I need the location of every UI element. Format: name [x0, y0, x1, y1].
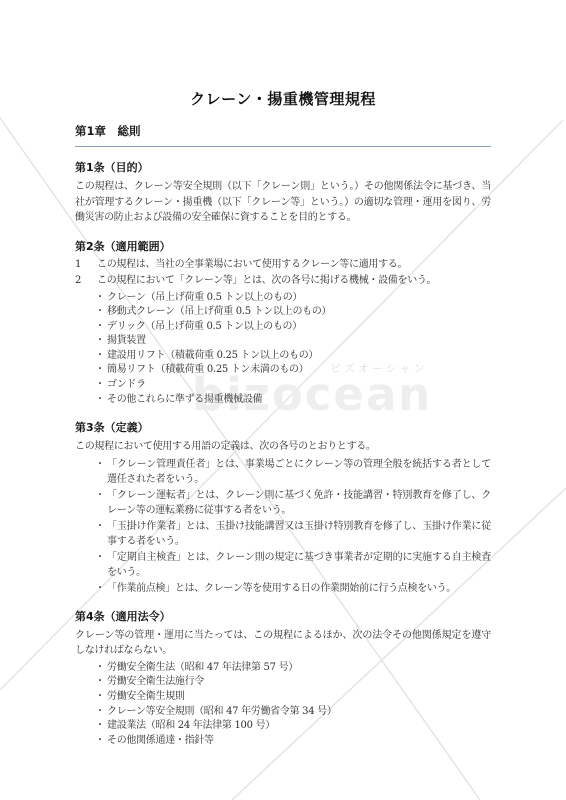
- list-item-text: その他関係通達・指針等: [107, 734, 491, 749]
- article-scope-heading: 第2条（適用範囲）: [75, 238, 491, 254]
- item-text: この規程は、当社の全事業場において使用するクレーン等に適用する。: [97, 257, 491, 273]
- item-number: 2: [75, 273, 97, 289]
- bullet-marker: ・: [95, 457, 107, 487]
- list-item-text: 建設用リフト（積載荷重 0.25 トン以上のもの）: [107, 349, 491, 364]
- article-laws-bullet-list: ・労働安全衛生法（昭和 47 年法律第 57 号） ・労働安全衛生法施行令 ・労…: [75, 661, 491, 749]
- list-item: ・移動式クレーン（吊上げ荷重 0.5 トン以上のもの）: [95, 305, 491, 320]
- list-item: ・クレーン等安全規則（昭和 47 年労働省令第 34 号）: [95, 705, 491, 720]
- list-item: ・デリック（吊上げ荷重 0.5 トン以上のもの）: [95, 320, 491, 335]
- list-item-text: デリック（吊上げ荷重 0.5 トン以上のもの）: [107, 320, 491, 335]
- list-item: ・「クレーン運転者」とは、クレーン則に基づく免許・技能講習・特別教育を修了し、ク…: [95, 488, 491, 518]
- item-text: この規程において「クレーン等」とは、次の各号に掲げる機械・設備をいう。: [97, 273, 491, 289]
- list-item-text: 移動式クレーン（吊上げ荷重 0.5 トン以上のもの）: [107, 305, 491, 320]
- list-item: ・「作業前点検」とは、クレーン等を使用する日の作業開始前に行う点検をいう。: [95, 581, 491, 596]
- list-item: ・建設用リフト（積載荷重 0.25 トン以上のもの）: [95, 349, 491, 364]
- page-title: クレーン・揚重機管理規程: [75, 88, 491, 109]
- bullet-marker: ・: [95, 734, 107, 749]
- bullet-marker: ・: [95, 690, 107, 705]
- list-item: ・簡易リフト（積載荷重 0.25 トン未満のもの）: [95, 363, 491, 378]
- document-content: クレーン・揚重機管理規程 第1章 総則 第1条（目的） この規程は、クレーン等安…: [75, 0, 491, 748]
- list-item-text: その他これらに準ずる揚重機械設備: [107, 393, 491, 408]
- list-item-text: 揚貨装置: [107, 334, 491, 349]
- list-item: ・その他これらに準ずる揚重機械設備: [95, 393, 491, 408]
- list-item: ・「玉掛け作業者」とは、玉掛け技能講習又は玉掛け特別教育を修了し、玉掛け作業に従…: [95, 519, 491, 549]
- list-item: ・「クレーン管理責任者」とは、事業場ごとにクレーン等の管理全般を統括する者として…: [95, 457, 491, 487]
- list-item-text: 「玉掛け作業者」とは、玉掛け技能講習又は玉掛け特別教育を修了し、玉掛け作業に従事…: [107, 519, 491, 549]
- article-purpose-body: この規程は、クレーン等安全規則（以下「クレーン則」という。）その他関係法令に基づ…: [75, 179, 491, 226]
- article-laws-intro: クレーン等の管理・運用に当たっては、この規程によるほか、次の法令その他関係規定を…: [75, 628, 491, 659]
- numbered-item: 1 この規程は、当社の全事業場において使用するクレーン等に適用する。: [75, 257, 491, 273]
- bullet-marker: ・: [95, 393, 107, 408]
- list-item-text: 建設業法（昭和 24 年法律第 100 号）: [107, 719, 491, 734]
- document-page: ビズオーシャン bizocean クレーン・揚重機管理規程 第1章 総則 第1条…: [0, 0, 566, 800]
- list-item: ・「定期自主検査」とは、クレーン則の規定に基づき事業者が定期的に実施する自主検査…: [95, 550, 491, 580]
- article-laws-heading: 第4条（適用法令）: [75, 608, 491, 624]
- list-item-text: 労働安全衛生法施行令: [107, 675, 491, 690]
- list-item: ・ゴンドラ: [95, 378, 491, 393]
- list-item: ・揚貨装置: [95, 334, 491, 349]
- article-scope-bullet-list: ・クレーン（吊上げ荷重 0.5 トン以上のもの） ・移動式クレーン（吊上げ荷重 …: [75, 291, 491, 408]
- list-item-text: クレーン（吊上げ荷重 0.5 トン以上のもの）: [107, 291, 491, 306]
- bullet-marker: ・: [95, 550, 107, 580]
- bullet-marker: ・: [95, 334, 107, 349]
- bullet-marker: ・: [95, 291, 107, 306]
- list-item-text: ゴンドラ: [107, 378, 491, 393]
- bullet-marker: ・: [95, 349, 107, 364]
- article-scope-numbered-list: 1 この規程は、当社の全事業場において使用するクレーン等に適用する。 2 この規…: [75, 257, 491, 289]
- article-definitions-bullet-list: ・「クレーン管理責任者」とは、事業場ごとにクレーン等の管理全般を統括する者として…: [75, 457, 491, 596]
- bullet-marker: ・: [95, 675, 107, 690]
- list-item-text: クレーン等安全規則（昭和 47 年労働省令第 34 号）: [107, 705, 491, 720]
- bullet-marker: ・: [95, 719, 107, 734]
- list-item-text: 「クレーン運転者」とは、クレーン則に基づく免許・技能講習・特別教育を修了し、クレ…: [107, 488, 491, 518]
- list-item: ・労働安全衛生法施行令: [95, 675, 491, 690]
- article-definitions-heading: 第3条（定義）: [75, 419, 491, 435]
- bullet-marker: ・: [95, 705, 107, 720]
- bullet-marker: ・: [95, 363, 107, 378]
- list-item-text: 「クレーン管理責任者」とは、事業場ごとにクレーン等の管理全般を統括する者として選…: [107, 457, 491, 487]
- article-purpose-heading: 第1条（目的）: [75, 159, 491, 175]
- article-definitions-intro: この規程において使用する用語の定義は、次の各号のとおりとする。: [75, 439, 491, 455]
- bullet-marker: ・: [95, 661, 107, 676]
- numbered-item: 2 この規程において「クレーン等」とは、次の各号に掲げる機械・設備をいう。: [75, 273, 491, 289]
- list-item-text: 労働安全衛生法（昭和 47 年法律第 57 号）: [107, 661, 491, 676]
- list-item: ・建設業法（昭和 24 年法律第 100 号）: [95, 719, 491, 734]
- bullet-marker: ・: [95, 320, 107, 335]
- list-item-text: 「作業前点検」とは、クレーン等を使用する日の作業開始前に行う点検をいう。: [107, 581, 491, 596]
- chapter-heading: 第1章 総則: [75, 123, 491, 147]
- list-item-text: 「定期自主検査」とは、クレーン則の規定に基づき事業者が定期的に実施する自主検査を…: [107, 550, 491, 580]
- item-number: 1: [75, 257, 97, 273]
- list-item-text: 労働安全衛生規則: [107, 690, 491, 705]
- bullet-marker: ・: [95, 378, 107, 393]
- list-item-text: 簡易リフト（積載荷重 0.25 トン未満のもの）: [107, 363, 491, 378]
- bullet-marker: ・: [95, 519, 107, 549]
- list-item: ・労働安全衛生法（昭和 47 年法律第 57 号）: [95, 661, 491, 676]
- list-item: ・労働安全衛生規則: [95, 690, 491, 705]
- list-item: ・その他関係通達・指針等: [95, 734, 491, 749]
- bullet-marker: ・: [95, 488, 107, 518]
- bullet-marker: ・: [95, 581, 107, 596]
- bullet-marker: ・: [95, 305, 107, 320]
- list-item: ・クレーン（吊上げ荷重 0.5 トン以上のもの）: [95, 291, 491, 306]
